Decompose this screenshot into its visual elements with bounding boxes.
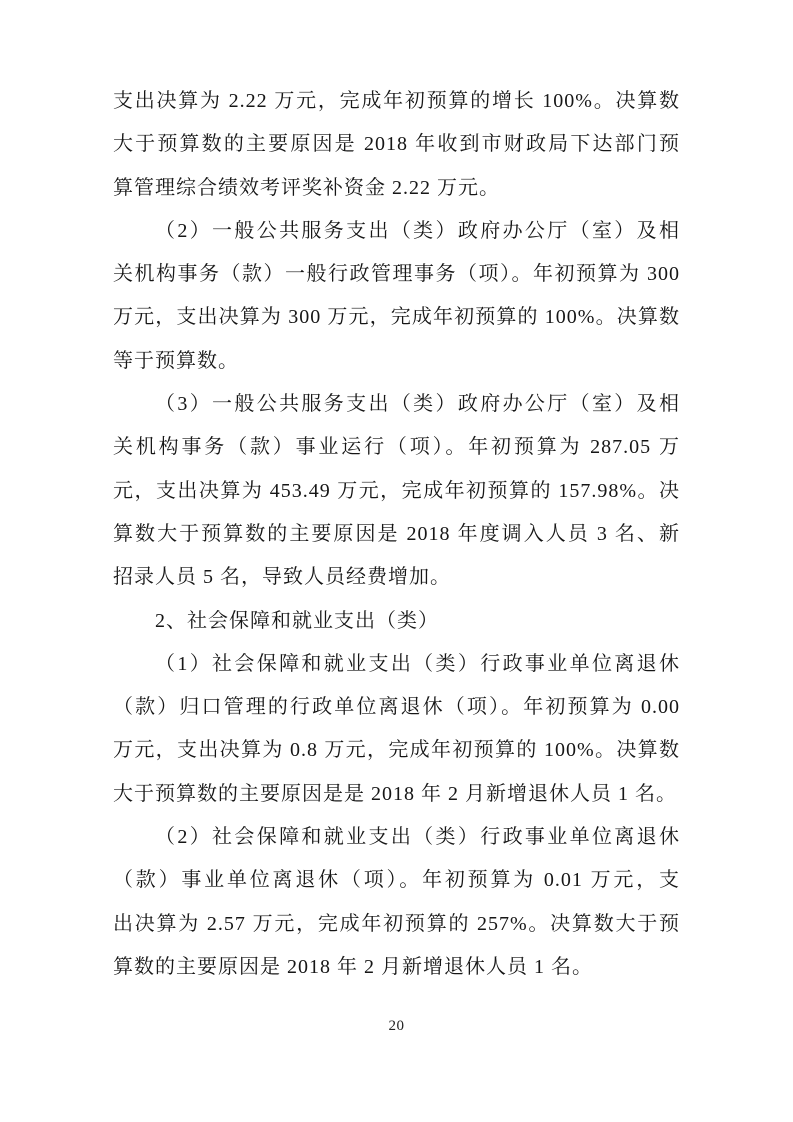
text-line: （1）社会保障和就业支出（类）行政事业单位离退休	[113, 643, 680, 686]
text-line: 算管理综合绩效考评奖补资金 2.22 万元。	[113, 167, 680, 210]
text-line: 2、社会保障和就业支出（类）	[113, 600, 680, 643]
text-line: （款）事业单位离退休（项）。年初预算为 0.01 万元，支	[113, 859, 680, 902]
text-line: （款）归口管理的行政单位离退休（项）。年初预算为 0.00	[113, 686, 680, 729]
text-line: 算数的主要原因是 2018 年 2 月新增退休人员 1 名。	[113, 946, 680, 989]
document-body: 支出决算为 2.22 万元，完成年初预算的增长 100%。决算数大于预算数的主要…	[113, 80, 680, 989]
text-line: 等于预算数。	[113, 340, 680, 383]
text-line: 关机构事务（款）一般行政管理事务（项）。年初预算为 300	[113, 253, 680, 296]
paragraph: （3）一般公共服务支出（类）政府办公厅（室）及相关机构事务（款）事业运行（项）。…	[113, 383, 680, 599]
paragraph: （2）社会保障和就业支出（类）行政事业单位离退休（款）事业单位离退休（项）。年初…	[113, 816, 680, 989]
text-line: 关机构事务（款）事业运行（项）。年初预算为 287.05 万	[113, 426, 680, 469]
document-page: 支出决算为 2.22 万元，完成年初预算的增长 100%。决算数大于预算数的主要…	[0, 0, 793, 1122]
paragraph: 支出决算为 2.22 万元，完成年初预算的增长 100%。决算数大于预算数的主要…	[113, 80, 680, 210]
text-line: 支出决算为 2.22 万元，完成年初预算的增长 100%。决算数	[113, 80, 680, 123]
text-line: 万元，支出决算为 300 万元，完成年初预算的 100%。决算数	[113, 296, 680, 339]
text-line: 万元，支出决算为 0.8 万元，完成年初预算的 100%。决算数	[113, 729, 680, 772]
paragraph: 2、社会保障和就业支出（类）	[113, 600, 680, 643]
paragraph: （1）社会保障和就业支出（类）行政事业单位离退休（款）归口管理的行政单位离退休（…	[113, 643, 680, 816]
paragraph: （2）一般公共服务支出（类）政府办公厅（室）及相关机构事务（款）一般行政管理事务…	[113, 210, 680, 383]
text-line: （2）社会保障和就业支出（类）行政事业单位离退休	[113, 816, 680, 859]
text-line: 元，支出决算为 453.49 万元，完成年初预算的 157.98%。决	[113, 470, 680, 513]
page-number: 20	[0, 1018, 793, 1035]
text-line: 招录人员 5 名，导致人员经费增加。	[113, 556, 680, 599]
text-line: （3）一般公共服务支出（类）政府办公厅（室）及相	[113, 383, 680, 426]
text-line: （2）一般公共服务支出（类）政府办公厅（室）及相	[113, 210, 680, 253]
text-line: 大于预算数的主要原因是 2018 年收到市财政局下达部门预	[113, 123, 680, 166]
text-line: 算数大于预算数的主要原因是 2018 年度调入人员 3 名、新	[113, 513, 680, 556]
text-line: 大于预算数的主要原因是是 2018 年 2 月新增退休人员 1 名。	[113, 773, 680, 816]
text-line: 出决算为 2.57 万元，完成年初预算的 257%。决算数大于预	[113, 903, 680, 946]
